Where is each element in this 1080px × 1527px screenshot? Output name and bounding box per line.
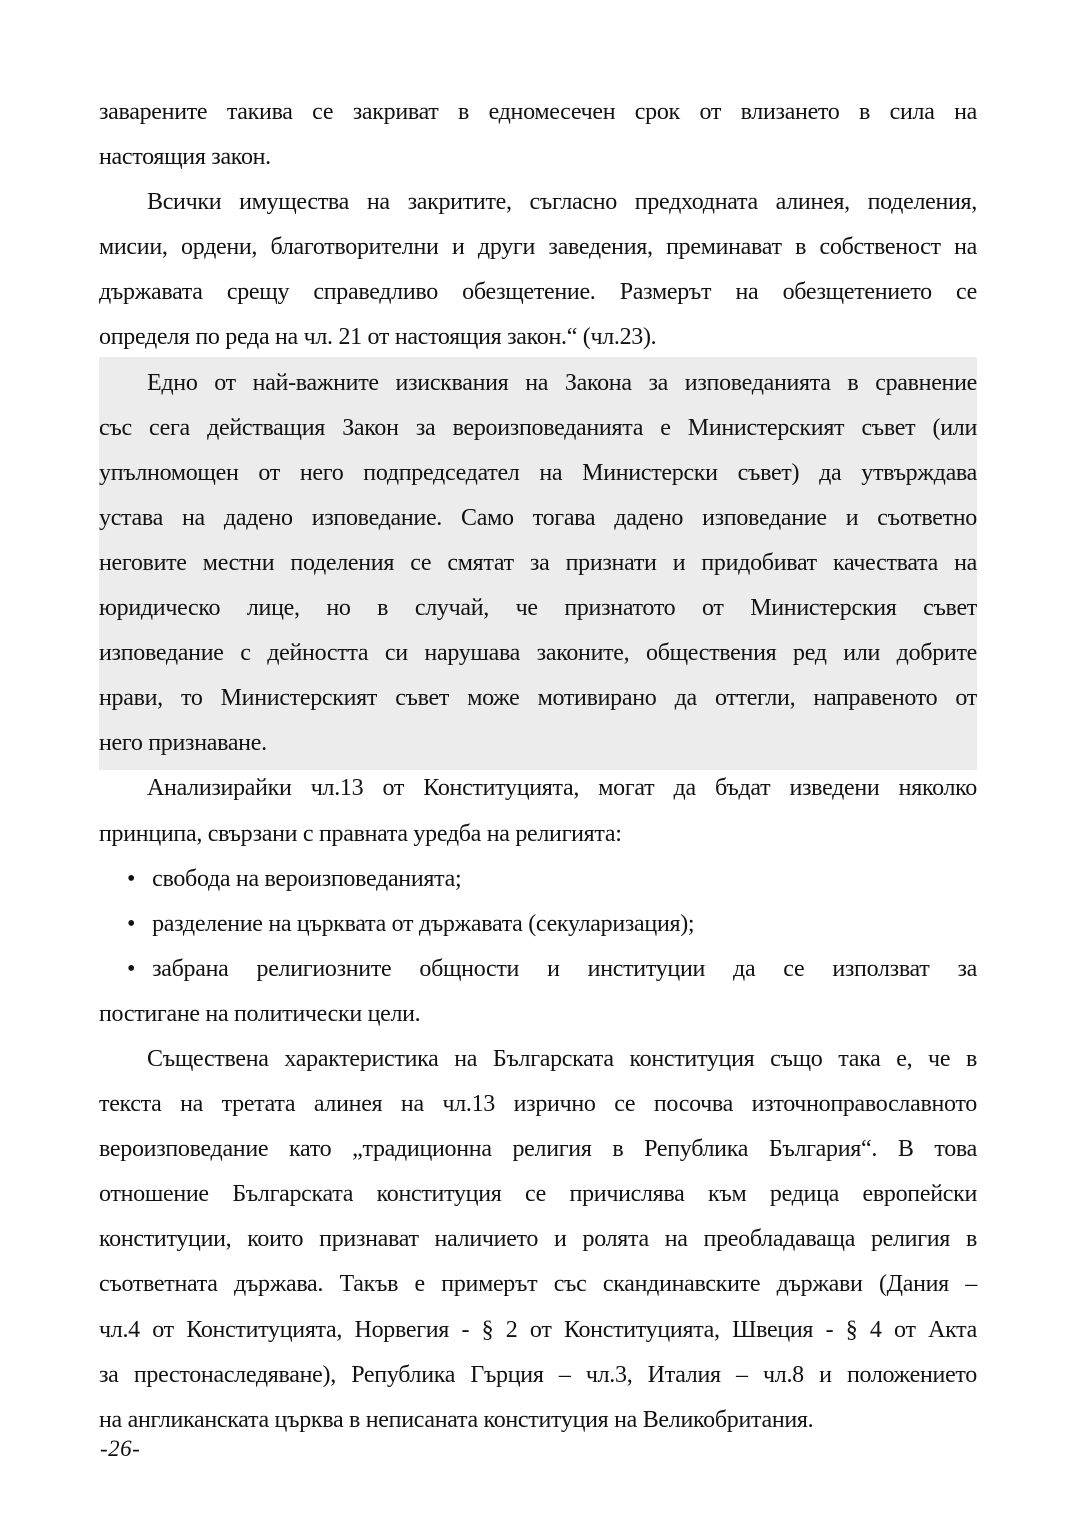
text-line: упълномощен от него подпредседател на Ми… <box>99 451 977 496</box>
bullet-line: постигане на политически цели. <box>99 992 977 1037</box>
text-line: текста на третата алинея на чл.13 изричн… <box>99 1082 977 1127</box>
text-line: Съществена характеристика на Българската… <box>99 1037 977 1082</box>
text-column: заварените такива се закриват в едномесе… <box>99 90 977 1443</box>
document-page: заварените такива се закриват в едномесе… <box>0 0 1080 1527</box>
text-line: неговите местни поделения се смятат за п… <box>99 541 977 586</box>
bullet-icon: • <box>127 866 135 892</box>
text-line: Всички имущества на закритите, съгласно … <box>99 180 977 225</box>
text-line: държавата срещу справедливо обезщетение.… <box>99 270 977 315</box>
text-line: конституции, които признават наличието и… <box>99 1217 977 1262</box>
page-number: -26- <box>100 1436 140 1462</box>
text-line: него признаване. <box>99 721 977 766</box>
bullet-item: •свобода на вероизповеданията; <box>99 857 977 902</box>
bullet-text: забрана религиозните общности и институц… <box>152 956 977 982</box>
bullet-text: разделение на църквата от държавата (сек… <box>152 911 694 937</box>
text-line: със сега действащия Закон за вероизповед… <box>99 406 977 451</box>
bullet-icon: • <box>127 911 135 937</box>
paragraph: Едно от най-важните изисквания на Закона… <box>99 361 977 767</box>
text-line: принципа, свързани с правната уредба на … <box>99 812 977 857</box>
bullet-line: •разделение на църквата от държавата (се… <box>99 902 977 947</box>
paragraph: Всички имущества на закритите, съгласно … <box>99 180 977 360</box>
text-line: нрави, то Министерският съвет може мотив… <box>99 676 977 721</box>
text-line: определя по реда на чл. 21 от настоящия … <box>99 315 977 360</box>
paragraph: Анализирайки чл.13 от Конституцията, мог… <box>99 766 977 856</box>
text-line: мисии, ордени, благотворителни и други з… <box>99 225 977 270</box>
text-line: заварените такива се закриват в едномесе… <box>99 90 977 135</box>
text-line: Анализирайки чл.13 от Конституцията, мог… <box>99 766 977 811</box>
text-line: вероизповедание като „традиционна религи… <box>99 1127 977 1172</box>
text-line: отношение Българската конституция се при… <box>99 1172 977 1217</box>
bullet-item: •забрана религиозните общности и институ… <box>99 947 977 1037</box>
bullet-item: •разделение на църквата от държавата (се… <box>99 902 977 947</box>
bullet-text: свобода на вероизповеданията; <box>152 866 461 892</box>
paragraph: Съществена характеристика на Българската… <box>99 1037 977 1443</box>
bullet-icon: • <box>127 956 135 982</box>
text-line: устава на дадено изповедание. Само тогав… <box>99 496 977 541</box>
text-line: изповедание с дейността си нарушава зако… <box>99 631 977 676</box>
text-line: съответната държава. Такъв е примерът съ… <box>99 1262 977 1307</box>
text-line: за престонаследяване), Република Гърция … <box>99 1353 977 1398</box>
text-line: настоящия закон. <box>99 135 977 180</box>
text-line: юридическо лице, но в случай, че признат… <box>99 586 977 631</box>
text-line: чл.4 от Конституцията, Норвегия - § 2 от… <box>99 1308 977 1353</box>
paragraph: заварените такива се закриват в едномесе… <box>99 90 977 180</box>
text-line: на англиканската църква в неписаната кон… <box>99 1398 977 1443</box>
bullet-line: •забрана религиозните общности и институ… <box>99 947 977 992</box>
bullet-line: •свобода на вероизповеданията; <box>99 857 977 902</box>
text-line: Едно от най-важните изисквания на Закона… <box>99 361 977 406</box>
